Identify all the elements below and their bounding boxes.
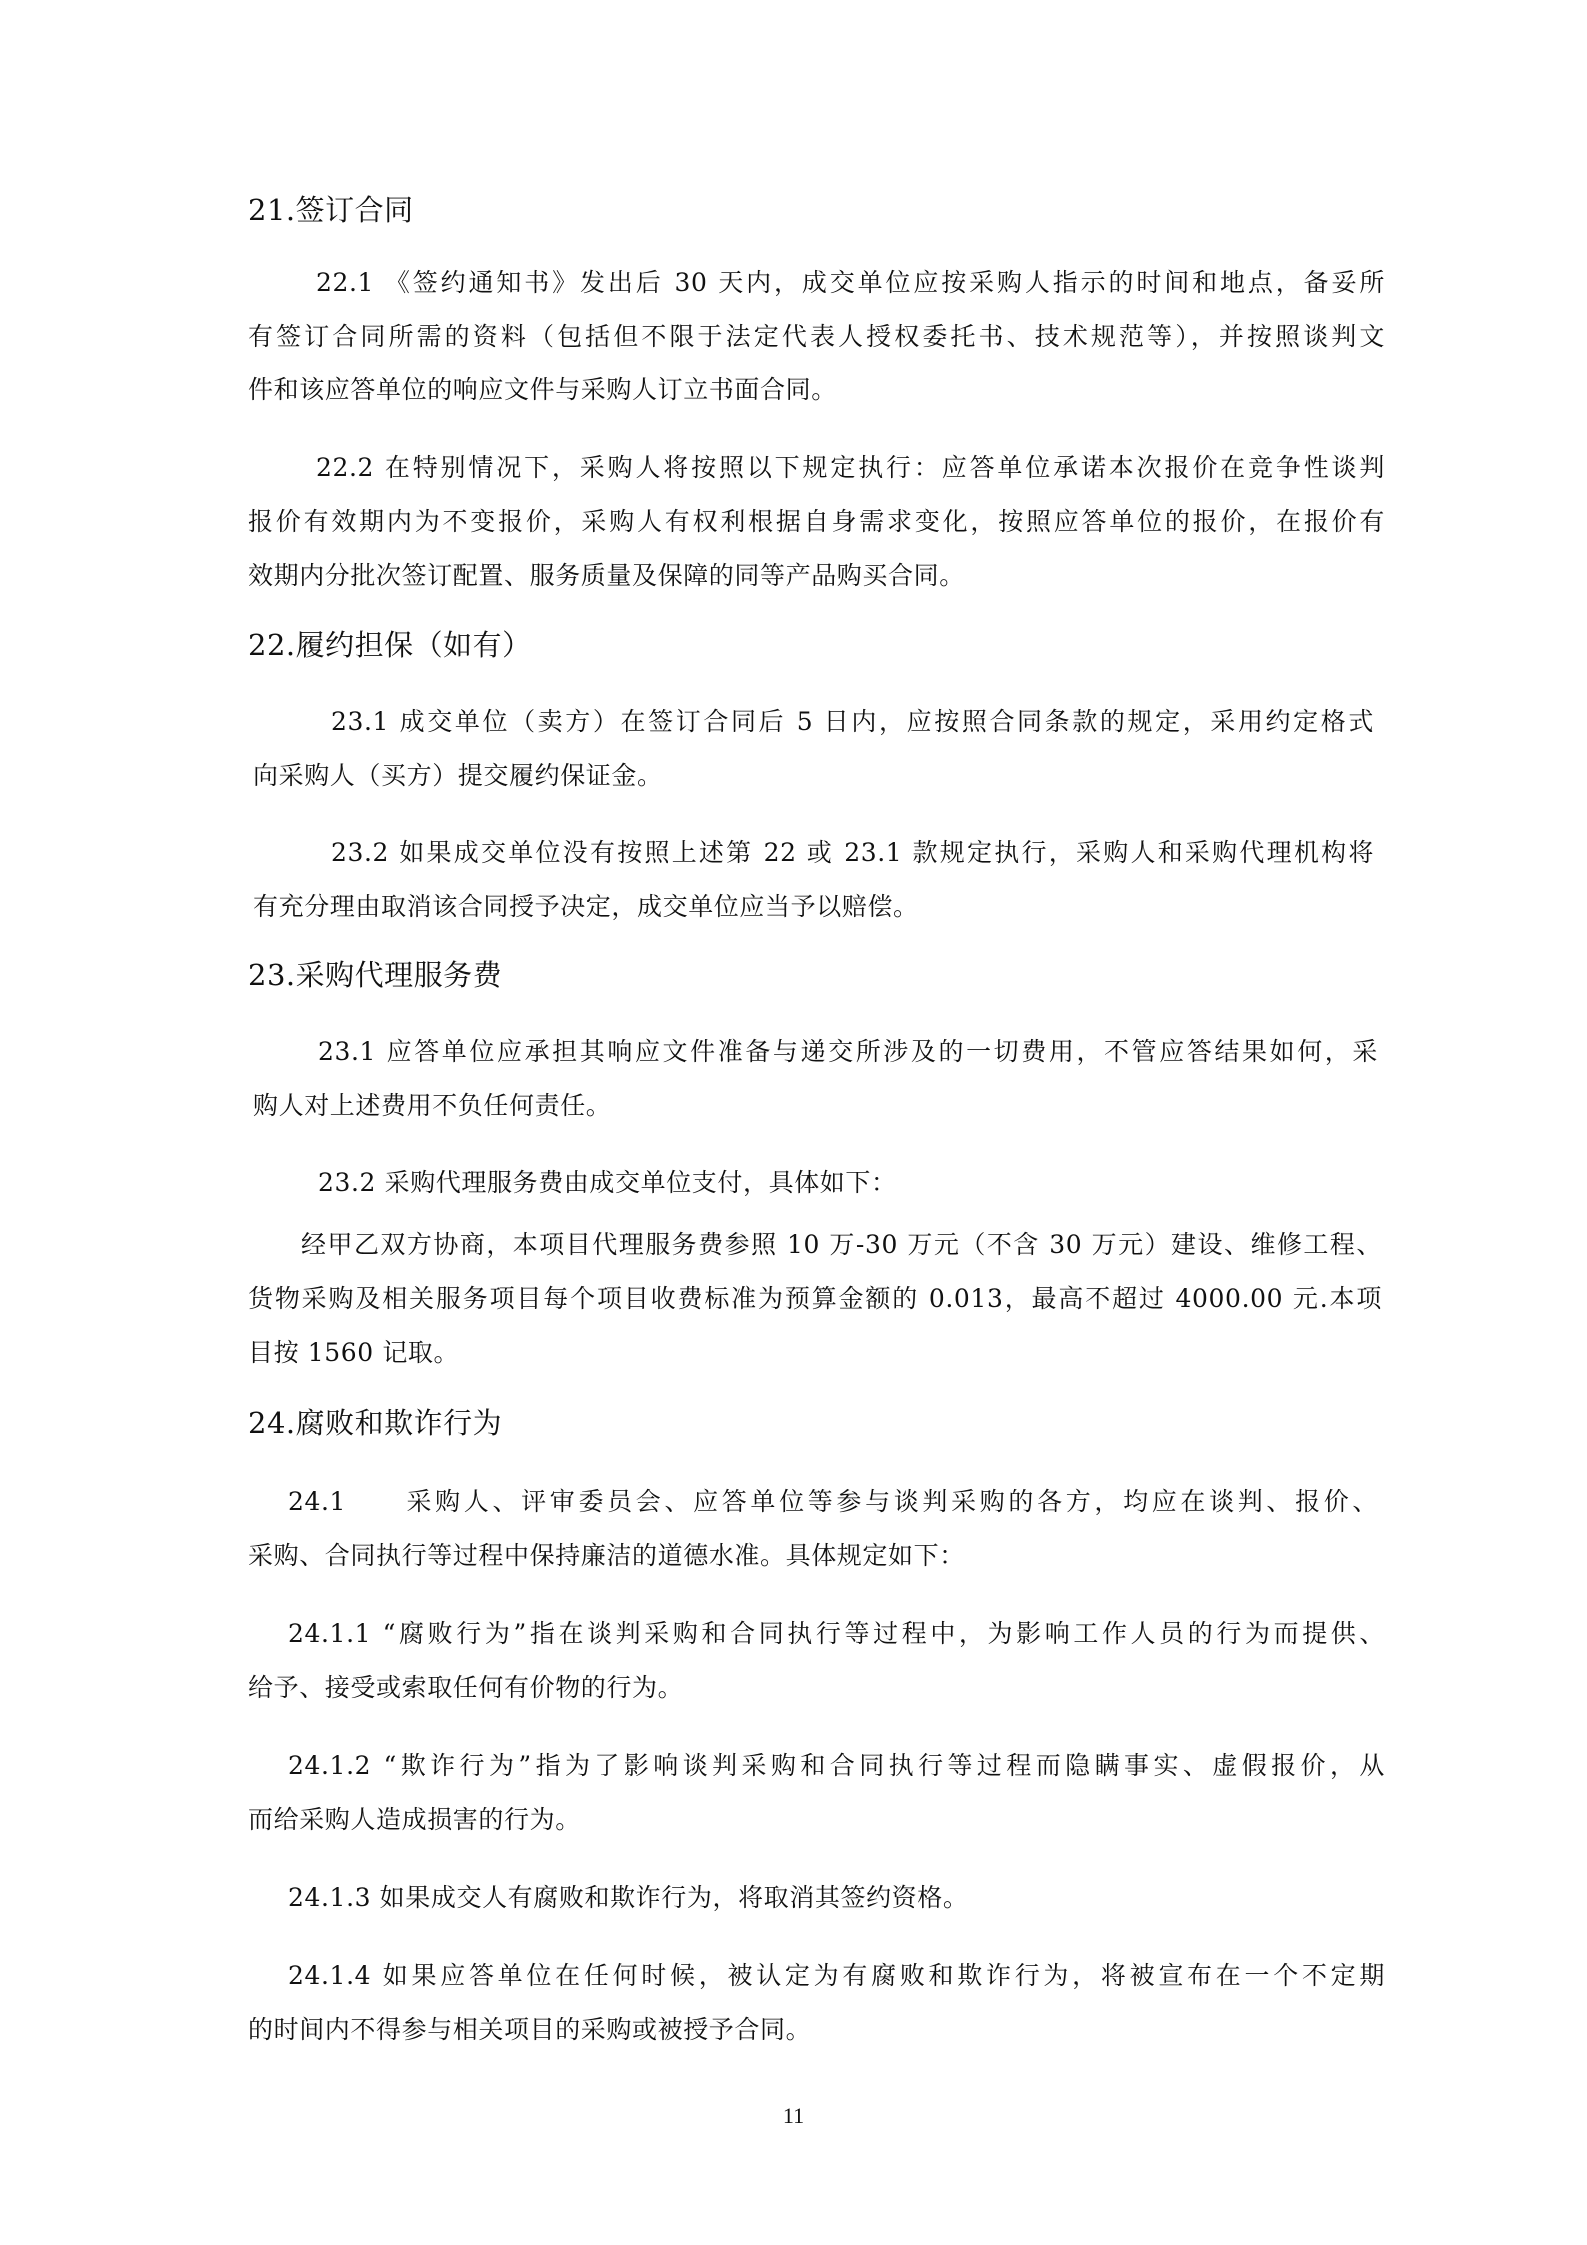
paragraph-line: 货物采购及相关服务项目每个项目收费标准为预算金额的 0.013，最高不超过 40… — [248, 1284, 1382, 1314]
paragraph-line: 经甲乙双方协商，本项目代理服务费参照 10 万-30 万元（不含 30 万元）建… — [301, 1230, 1382, 1260]
paragraph-line: 有充分理由取消该合同授予决定，成交单位应当予以赔偿。 — [253, 892, 919, 922]
paragraph-line: 的时间内不得参与相关项目的采购或被授予合同。 — [248, 2015, 811, 2045]
paragraph-line: 购人对上述费用不负任何责任。 — [253, 1091, 611, 1121]
paragraph-line: 24.1.4 如果应答单位在任何时候，被认定为有腐败和欺诈行为，将被宣布在一个不… — [288, 1961, 1385, 1991]
section-heading-24: 24.腐败和欺诈行为 — [248, 1406, 502, 1440]
section-heading-22: 22.履约担保（如有） — [248, 628, 532, 662]
paragraph-line: 有签订合同所需的资料（包括但不限于法定代表人授权委托书、技术规范等），并按照谈判… — [248, 322, 1385, 352]
page-number: 11 — [0, 2103, 1587, 2129]
paragraph-line: 而给采购人造成损害的行为。 — [248, 1805, 581, 1835]
paragraph-line: 24.1.3 如果成交人有腐败和欺诈行为，将取消其签约资格。 — [288, 1883, 968, 1913]
document-page: 21.签订合同 22.1 《签约通知书》发出后 30 天内，成交单位应按采购人指… — [0, 0, 1587, 2245]
paragraph-line: 件和该应答单位的响应文件与采购人订立书面合同。 — [248, 375, 837, 405]
section-heading-23: 23.采购代理服务费 — [248, 958, 502, 992]
paragraph-line: 24.1.1 “腐败行为”指在谈判采购和合同执行等过程中，为影响工作人员的行为而… — [288, 1619, 1385, 1649]
paragraph-line: 报价有效期内为不变报价，采购人有权利根据自身需求变化，按照应答单位的报价，在报价… — [248, 507, 1385, 537]
paragraph-line: 22.1 《签约通知书》发出后 30 天内，成交单位应按采购人指示的时间和地点，… — [316, 268, 1385, 298]
paragraph-line: 向采购人（买方）提交履约保证金。 — [253, 761, 663, 791]
paragraph-line: 给予、接受或索取任何有价物的行为。 — [248, 1673, 683, 1703]
section-heading-21: 21.签订合同 — [248, 193, 414, 227]
paragraph-line: 效期内分批次签订配置、服务质量及保障的同等产品购买合同。 — [248, 561, 965, 591]
paragraph-line: 目按 1560 记取。 — [248, 1338, 459, 1368]
paragraph-line: 采购、合同执行等过程中保持廉洁的道德水准。具体规定如下： — [248, 1541, 965, 1571]
paragraph-line: 23.2 采购代理服务费由成交单位支付，具体如下： — [318, 1168, 897, 1198]
paragraph-line: 24.1 采购人、评审委员会、应答单位等参与谈判采购的各方，均应在谈判、报价、 — [288, 1487, 1378, 1517]
paragraph-line: 22.2 在特别情况下，采购人将按照以下规定执行：应答单位承诺本次报价在竞争性谈… — [316, 453, 1385, 483]
paragraph-line: 23.1 应答单位应承担其响应文件准备与递交所涉及的一切费用，不管应答结果如何，… — [318, 1037, 1378, 1067]
paragraph-line: 23.2 如果成交单位没有按照上述第 22 或 23.1 款规定执行，采购人和采… — [331, 838, 1374, 868]
paragraph-line: 24.1.2 “欺诈行为”指为了影响谈判采购和合同执行等过程而隐瞒事实、虚假报价… — [288, 1751, 1385, 1781]
paragraph-line: 23.1 成交单位（卖方）在签订合同后 5 日内，应按照合同条款的规定，采用约定… — [331, 707, 1374, 737]
